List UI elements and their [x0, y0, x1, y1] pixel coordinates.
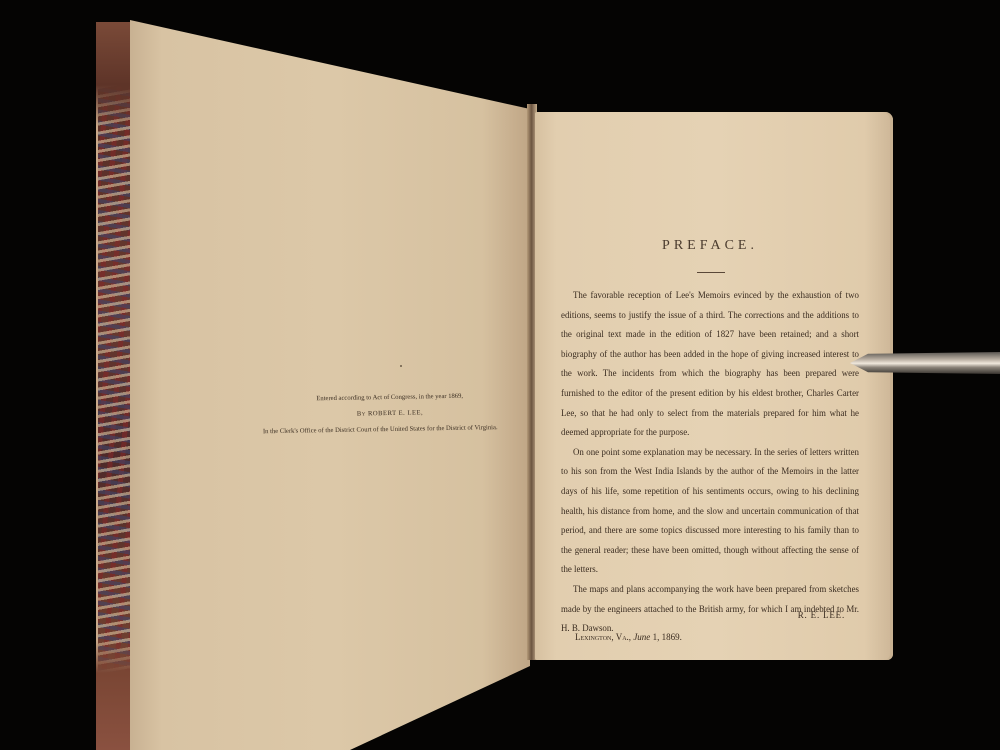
dateline-month: June: [633, 632, 650, 642]
preface-title: PREFACE.: [561, 238, 859, 254]
letter-opener-blade: [850, 352, 1000, 374]
preface-paragraph-2: On one point some explanation may be nec…: [561, 443, 859, 580]
dateline-place: Lexington, Va.,: [575, 632, 631, 642]
left-page: Entered according to Act of Congress, in…: [130, 20, 530, 750]
title-rule: [697, 272, 725, 273]
preface-paragraph-1: The favorable reception of Lee's Memoirs…: [561, 286, 859, 443]
preface-dateline: Lexington, Va., June 1, 1869.: [575, 632, 682, 642]
book-photo: Entered according to Act of Congress, in…: [0, 0, 1000, 750]
right-page: PREFACE. The favorable reception of Lee'…: [535, 112, 893, 660]
dateline-day-year: 1, 1869.: [653, 632, 682, 642]
preface-body: The favorable reception of Lee's Memoirs…: [561, 286, 859, 639]
copyright-imprint: Entered according to Act of Congress, in…: [240, 387, 541, 440]
preface-signature: R. E. LEE.: [798, 610, 845, 620]
paper-speck: [400, 365, 402, 367]
